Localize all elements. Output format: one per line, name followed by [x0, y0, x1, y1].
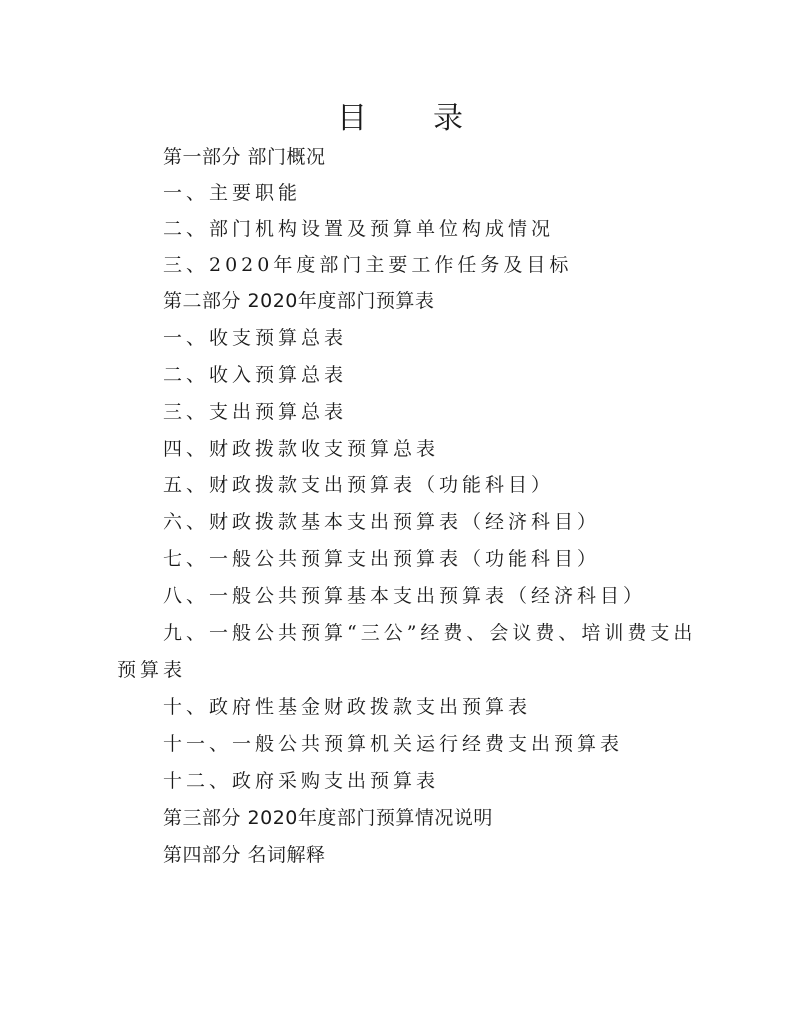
toc-item[interactable]: 一、收支预算总表	[163, 323, 347, 350]
toc-item[interactable]: 五、财政拨款支出预算表（功能科目）	[163, 470, 554, 497]
toc-item[interactable]: 四、财政拨款收支预算总表	[163, 434, 439, 461]
toc-item[interactable]: 三、支出预算总表	[163, 397, 347, 424]
toc-item[interactable]: 十二、政府采购支出预算表	[163, 766, 439, 793]
toc-item[interactable]: 二、收入预算总表	[163, 360, 347, 387]
toc-item-continuation[interactable]: 预算表	[117, 655, 186, 682]
toc-item[interactable]: 六、财政拨款基本支出预算表（经济科目）	[163, 507, 600, 534]
toc-item[interactable]: 十、政府性基金财政拨款支出预算表	[163, 692, 531, 719]
toc-item[interactable]: 一、主要职能	[163, 178, 301, 205]
toc-part-4[interactable]: 第四部分 名词解释	[163, 840, 326, 867]
toc-item[interactable]: 十一、一般公共预算机关运行经费支出预算表	[163, 729, 623, 756]
toc-part-1[interactable]: 第一部分 部门概况	[163, 142, 326, 169]
toc-item[interactable]: 三、2020年度部门主要工作任务及目标	[163, 250, 572, 277]
toc-item[interactable]: 二、部门机构设置及预算单位构成情况	[163, 214, 554, 241]
page-title: 目录	[0, 93, 800, 137]
title-char-1: 目	[337, 93, 367, 137]
toc-item[interactable]: 八、一般公共预算基本支出预算表（经济科目）	[163, 581, 646, 608]
toc-item[interactable]: 七、一般公共预算支出预算表（功能科目）	[163, 544, 600, 571]
toc-part-2[interactable]: 第二部分 2020年度部门预算表	[163, 286, 434, 313]
toc-item[interactable]: 九、一般公共预算“三公”经费、会议费、培训费支出	[163, 618, 696, 645]
toc-part-3[interactable]: 第三部分 2020年度部门预算情况说明	[163, 803, 493, 830]
title-char-2: 录	[433, 93, 463, 137]
